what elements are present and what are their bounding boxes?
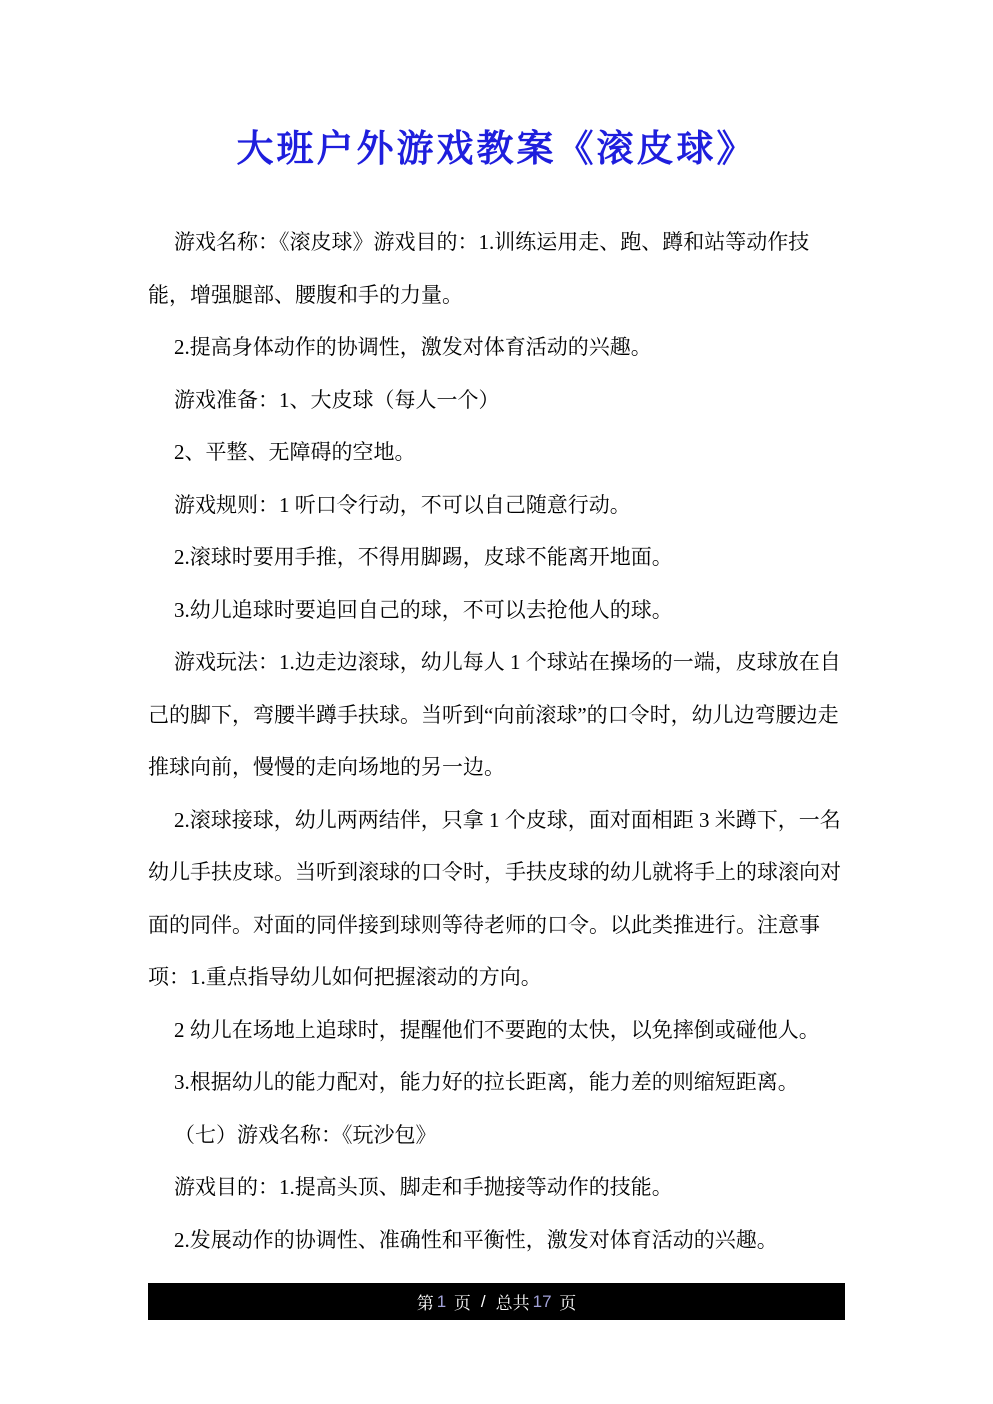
paragraph: （七）游戏名称：《玩沙包》 xyxy=(148,1109,850,1162)
document-page: 大班户外游戏教案《滚皮球》 游戏名称：《滚皮球》游戏目的：1.训练运用走、跑、蹲… xyxy=(0,0,993,1404)
footer-separator: / xyxy=(481,1292,486,1312)
paragraph: 游戏规则：1 听口令行动，不可以自己随意行动。 xyxy=(148,479,850,532)
footer-page-prefix: 第 xyxy=(417,1289,434,1314)
footer-total-unit: 页 xyxy=(555,1289,577,1314)
paragraph: 3.根据幼儿的能力配对，能力好的拉长距离，能力差的则缩短距离。 xyxy=(148,1056,850,1109)
paragraph: 游戏准备：1、大皮球（每人一个） xyxy=(148,374,850,427)
paragraph: 2.滚球时要用手推，不得用脚踢，皮球不能离开地面。 xyxy=(148,531,850,584)
paragraph: 3.幼儿追球时要追回自己的球，不可以去抢他人的球。 xyxy=(148,584,850,637)
paragraph: 2 幼儿在场地上追球时，提醒他们不要跑的太快，以免摔倒或碰他人。 xyxy=(148,1004,850,1057)
footer-total-pages: 17 xyxy=(533,1292,552,1312)
paragraph: 2.发展动作的协调性、准确性和平衡性，激发对体育活动的兴趣。 xyxy=(148,1214,850,1267)
footer-page-unit: 页 xyxy=(449,1289,471,1314)
paragraph: 游戏玩法：1.边走边滚球，幼儿每人 1 个球站在操场的一端，皮球放在自己的脚下，… xyxy=(148,636,850,794)
footer-current-page: 1 xyxy=(437,1292,446,1312)
footer-total-prefix: 总共 xyxy=(496,1289,530,1314)
document-title: 大班户外游戏教案《滚皮球》 xyxy=(0,118,993,172)
paragraph: 2.滚球接球，幼儿两两结伴，只拿 1 个皮球，面对面相距 3 米蹲下，一名幼儿手… xyxy=(148,794,850,1004)
paragraph: 游戏名称：《滚皮球》游戏目的：1.训练运用走、跑、蹲和站等动作技能，增强腿部、腰… xyxy=(148,216,850,321)
paragraph: 2、平整、无障碍的空地。 xyxy=(148,426,850,479)
paragraph: 游戏目的：1.提高头顶、脚走和手抛接等动作的技能。 xyxy=(148,1161,850,1214)
page-number-footer: 第 1 页 / 总共 17 页 xyxy=(148,1283,845,1320)
document-body: 游戏名称：《滚皮球》游戏目的：1.训练运用走、跑、蹲和站等动作技能，增强腿部、腰… xyxy=(148,216,850,1266)
paragraph: 2.提高身体动作的协调性，激发对体育活动的兴趣。 xyxy=(148,321,850,374)
